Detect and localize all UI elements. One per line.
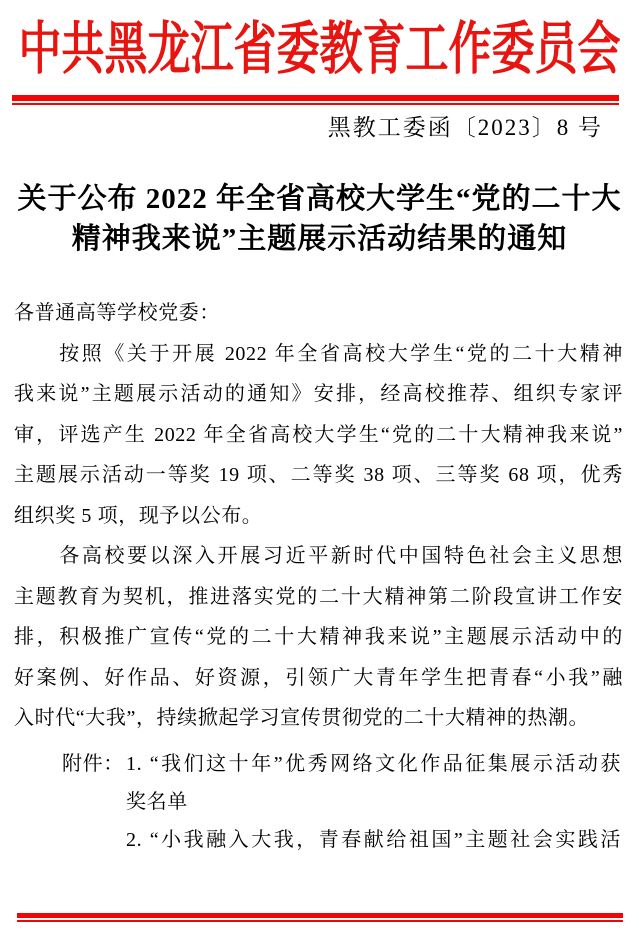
body-paragraph: 按照《关于开展 2022 年全省高校大学生“党的二十大精神我来说”主题展示活动的… xyxy=(14,334,623,537)
red-divider-top xyxy=(12,95,619,105)
body-paragraph: 各高校要以深入开展习近平新时代中国特色社会主义思想主题教育为契机，推进落实党的二… xyxy=(14,536,623,739)
salutation: 各普通高等学校党委： xyxy=(14,293,623,334)
text-line: 1. “我们这十年”优秀网络文化作品征集展示活动获 xyxy=(126,745,621,783)
attachment-label: 附件： xyxy=(62,745,126,859)
text-line: 主题展示活动一等奖 19 项、二等奖 38 项、三等奖 68 项，优秀 xyxy=(14,455,623,496)
document-number: 黑教工委函〔2023〕8 号 xyxy=(0,113,639,143)
text-line: 奖名单 xyxy=(126,783,621,821)
text-line: 组织奖 5 项，现予以公布。 xyxy=(14,496,623,537)
document-title: 关于公布 2022 年全省高校大学生“党的二十大精神我来说”主题展示活动结果的通… xyxy=(14,179,625,259)
text-line: 关于公布 2022 年全省高校大学生“党的二十大 xyxy=(14,179,625,219)
document-page: 中共黑龙江省委教育工作委员会 黑教工委函〔2023〕8 号 关于公布 2022 … xyxy=(0,0,639,937)
text-line: 好案例、好作品、好资源，引领广大青年学生把青春“小我”融 xyxy=(14,658,623,699)
text-line: 我来说”主题展示活动的通知》安排，经高校推荐、组织专家评 xyxy=(14,374,623,415)
document-body: 各普通高等学校党委： 按照《关于开展 2022 年全省高校大学生“党的二十大精神… xyxy=(14,293,623,739)
attachment-section: 附件： 1. “我们这十年”优秀网络文化作品征集展示活动获奖名单 2. “小我融… xyxy=(14,745,621,859)
org-name-header: 中共黑龙江省委教育工作委员会 xyxy=(10,22,629,79)
text-line: 2. “小我融入大我，青春献给祖国”主题社会实践活 xyxy=(126,821,621,859)
text-line: 按照《关于开展 2022 年全省高校大学生“党的二十大精神 xyxy=(14,334,623,375)
attachment-item: 1. “我们这十年”优秀网络文化作品征集展示活动获奖名单 xyxy=(126,745,621,821)
text-line: 审，评选产生 2022 年全省高校大学生“党的二十大精神我来说” xyxy=(14,415,623,456)
text-line: 主题教育为契机，推进落实党的二十大精神第二阶段宣讲工作安 xyxy=(14,577,623,618)
text-line: 各高校要以深入开展习近平新时代中国特色社会主义思想 xyxy=(14,536,623,577)
attachment-item: 2. “小我融入大我，青春献给祖国”主题社会实践活 xyxy=(126,821,621,859)
text-line: 精神我来说”主题展示活动结果的通知 xyxy=(14,219,625,259)
attachment-list: 1. “我们这十年”优秀网络文化作品征集展示活动获奖名单 2. “小我融入大我，… xyxy=(126,745,621,859)
red-divider-bottom xyxy=(17,913,623,922)
text-line: 入时代“大我”，持续掀起学习宣传贯彻党的二十大精神的热潮。 xyxy=(14,698,623,739)
text-line: 排，积极推广宣传“党的二十大精神我来说”主题展示活动中的 xyxy=(14,617,623,658)
